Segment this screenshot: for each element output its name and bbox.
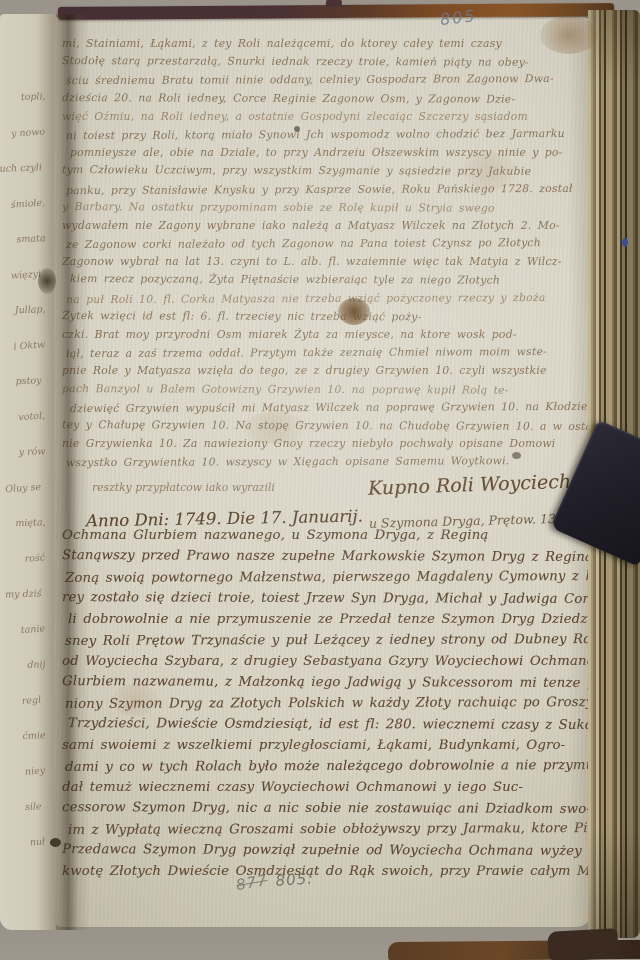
book-fore-edge (588, 10, 640, 938)
manuscript-line: pomnieysze ale, obie na Dziale, to przy … (62, 146, 588, 164)
manuscript-line: Glurbiem nazwanemu, z Małzonką iego Jadw… (62, 674, 588, 697)
manuscript-line: dał temuż wiecznemi czasy Woyciechowi Oc… (62, 780, 588, 801)
facing-page-text-fragment: mięta, (0, 517, 47, 554)
manuscript-line: dziewięć Grzywien wypuścił mi Matyasz Wi… (62, 400, 588, 420)
facing-page-edge: topli,y nowouch czyliśmiołe,smatawięzyiJ… (0, 14, 56, 930)
manuscript-page: mi, Stainiami, Łąkami, z tey Roli należą… (54, 17, 592, 927)
manuscript-line: nie Grzywienka 10. Za nawieziony Gnoy rz… (62, 437, 588, 455)
manuscript-line: cessorow Szymon Dryg, nic a nic sobie ni… (62, 800, 588, 823)
facing-page-text-fragment: Jullap, (0, 304, 47, 341)
facing-page-text-fragment: niey (0, 765, 47, 804)
facing-page-text-fragment: smata (0, 233, 47, 270)
manuscript-line: Żoną swoią powtornego Małzenstwa, pierws… (62, 569, 588, 592)
manuscript-line: Przedawca Szymon Dryg powziął zupełnie o… (62, 842, 588, 865)
facing-page-text-fragment: rość (0, 552, 47, 591)
facing-page-text-fragment: więzyi (0, 268, 47, 307)
manuscript-line: iął, teraz a zaś trzema oddał. Przytym t… (62, 345, 588, 365)
entry-dateline: Anno Dni: 1749. Die 17. Januarij. (86, 506, 363, 530)
facing-page-text-fragment: Oluy se (0, 481, 47, 520)
main-entry-paragraph: Ochmana Glurbiem nazwanego, u Szymona Dr… (62, 528, 588, 885)
manuscript-line: mi, Stainiami, Łąkami, z tey Roli należą… (62, 37, 588, 55)
manuscript-line: sney Roli Prętow Trzynaście y puł Leżące… (62, 632, 588, 655)
facing-page-text-column: topli,y nowouch czyliśmiołe,smatawięzyiJ… (0, 92, 46, 873)
facing-page-text-fragment: dnij (0, 659, 47, 696)
entry-heading-row-1: resztky przypłatcow iako wyrazili Kupno … (62, 474, 588, 498)
manuscript-line: wszystko Grzywientka 10. wszyscy w Xięga… (62, 454, 588, 474)
manuscript-line: pnie Role y Matyasza wzięła do tego, ze … (62, 364, 588, 382)
manuscript-line: dzieścia 20. na Roli iedney, Corce Regin… (62, 91, 588, 111)
manuscript-line: więć Oźmiu, na Roli iedney, a ostatnie G… (62, 110, 588, 128)
manuscript-line: pach Banzyol u Balem Gotowizny Grzywien … (62, 382, 588, 402)
facing-page-text-fragment: i Oktw (0, 339, 47, 378)
manuscript-line: y Barbary. Na ostatku przypominam sobie … (62, 200, 588, 220)
manuscript-line: rey zostało się dzieci troie, toiest Jrz… (62, 590, 588, 613)
facing-page-text-fragment: śmiołe, (0, 197, 47, 236)
manuscript-line: na puł Roli 10. fl. Corka Matyasza nie t… (62, 290, 588, 310)
manuscript-text-area: mi, Stainiami, Łąkami, z tey Roli należą… (62, 37, 588, 885)
manuscript-line: od Woyciecha Szybara, z drugiey Sebastya… (62, 654, 588, 675)
facing-page-text-fragment: y nowo (0, 126, 47, 165)
manuscript-line: niony Szymon Dryg za Złotych Polskich w … (62, 695, 588, 718)
manuscript-line: kiem rzecz pozyczaną, Żyta Piętnaście wz… (62, 273, 588, 293)
entry-heading-row-2: Anno Dni: 1749. Die 17. Januarij. u Szym… (62, 498, 588, 528)
page-number-bottom-value: 805. (275, 869, 314, 890)
facing-page-text-fragment: topli, (0, 91, 47, 128)
facing-page-text-fragment: sile (0, 801, 47, 838)
manuscript-line: tey y Chałupę Grzywien 10. Na stopę Grzy… (62, 418, 588, 438)
facing-page-text-fragment: nuł (0, 836, 47, 875)
facing-page-text-fragment: tanie (0, 623, 47, 662)
previous-entry-paragraph: mi, Stainiami, Łąkami, z tey Roli należą… (62, 37, 588, 474)
previous-entry-last-words: resztky przypłatcow iako wyrazili (92, 481, 275, 494)
facing-page-text-fragment: ćmie (0, 730, 47, 767)
facing-page-text-fragment: pstoy (0, 375, 47, 412)
facing-page-text-fragment: y rów (0, 446, 47, 483)
page-number-crossed-out: 877 (235, 871, 269, 894)
entry-title: Kupno Roli Woyciecha (367, 470, 582, 499)
facing-page-text-fragment: my dziś (0, 588, 47, 625)
manuscript-line: ze Zagonow corki należało od tych Zagono… (62, 236, 588, 256)
manuscript-line: ściu średniemu Bratu tomii ninie oddany,… (62, 72, 588, 92)
manuscript-line: ni toiest przy Roli, ktorą miało Synowi … (62, 127, 588, 147)
manuscript-line: Zagonow wybrał na lat 13. czyni to L. al… (62, 255, 588, 273)
facing-page-text-fragment: uch czyli (0, 162, 47, 199)
manuscript-line: czki. Brat moy przyrodni Osm miarek Żyta… (62, 328, 588, 346)
facing-page-text-fragment: regl (0, 694, 47, 733)
manuscript-line: wydawałem nie Zagony wybrane iako należą… (62, 219, 588, 237)
manuscript-line: Ochmana Glurbiem nazwanego, u Szymona Dr… (62, 528, 588, 549)
manuscript-line: Żytek wzięci id est fl: 6. fl. trzeciey … (62, 309, 588, 329)
manuscript-line: Stanąwszy przed Prawo nasze zupełne Mark… (62, 548, 588, 571)
manuscript-line: sami swoiemi z wszelkiemi przyległosciam… (62, 738, 588, 759)
manuscript-line: tym Człowieku Uczciwym, przy wszystkim S… (62, 163, 588, 183)
facing-page-text-fragment: votol, (0, 410, 47, 449)
manuscript-line: im z Wypłatą wieczną Groszami sobie obło… (62, 821, 588, 844)
manuscript-line: Trzydzieści, Dwieście Osmdziesiąt, id es… (62, 716, 588, 739)
manuscript-line: dami y co w tych Rolach było może należą… (62, 758, 588, 781)
photo-background: topli,y nowouch czyliśmiołe,smatawięzyiJ… (0, 0, 640, 960)
manuscript-line: kwotę Złotych Dwieście Osmdziesiąt do Rą… (62, 864, 588, 885)
book-cover-corner-bumper (547, 928, 618, 960)
manuscript-line: li dobrowolnie a nie przymuszenie ze Prz… (62, 612, 588, 633)
manuscript-line: panku, przy Stanisławie Knysku y przy Ka… (62, 181, 588, 201)
